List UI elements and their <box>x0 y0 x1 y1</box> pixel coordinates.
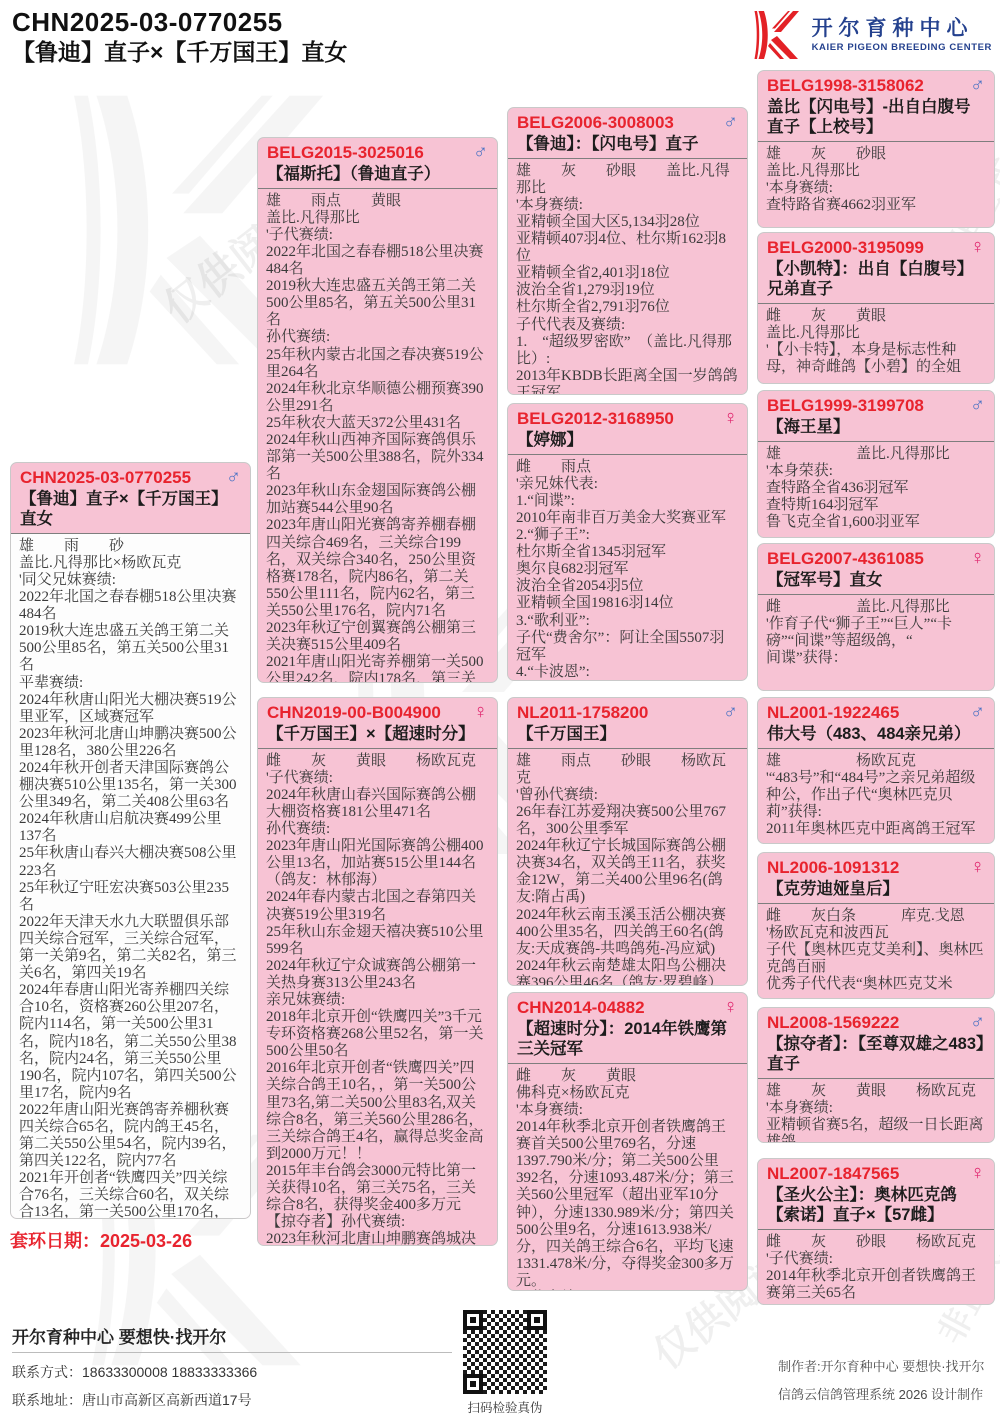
qr-finder-icon <box>463 1310 483 1330</box>
footer-credit-system: 信鸽云信鸽管理系统 2026 设计制作 <box>778 1384 983 1403</box>
card-dam: CHN2019-00-B004900 ♀ 【千万国王】×【超速时分】 雌 灰 黄… <box>257 697 498 1246</box>
pigeon-details: 雄 灰 黄眼 杨欧瓦克 '本身赛绩: 亚精顿省赛5名，超级一日长距离雄鸽 <box>758 1079 994 1142</box>
ring-number: NL2008-1569222 <box>767 1013 899 1033</box>
pigeon-title: 【克劳迪娅皇后】 <box>767 879 985 899</box>
card-ds-dam: NL2006-1091312 ♀ 【克劳迪娅皇后】 雌 灰白条 库克.戈恩 '杨… <box>757 852 995 999</box>
ring-number: CHN2025-03-0770255 <box>20 468 191 488</box>
pigeon-details: 雄 雨 砂 盖比.凡得那比×杨欧瓦克 '同父兄妹赛绩: 2022年北国之春春棚5… <box>11 534 250 1218</box>
male-icon: ♂ <box>723 703 738 721</box>
pigeon-title: 【千万国王】×【超速时分】 <box>267 724 488 744</box>
ring-date-label: 套环日期： <box>10 1231 100 1251</box>
pigeon-details: 雌 灰白条 库克.戈恩 '杨欧瓦克和波西瓦 子代【奥林匹克艾美利】、奥林匹克鸽百… <box>758 904 994 998</box>
qr-finder-icon <box>527 1310 547 1330</box>
ring-number: NL2006-1091312 <box>767 858 899 878</box>
card-sd-sire: BELG1999-3199708 ♂ 【海王星】 雄 盖比.凡得那比 '本身荣获… <box>757 390 995 538</box>
pigeon-details: 雄 雨点 黄眼 盖比.凡得那比 '子代赛绩: 2022年北国之春春棚518公里决… <box>258 189 497 682</box>
pigeon-details: 雄 盖比.凡得那比 '本身荣获: 查特路全省436羽冠军 查特斯164羽冠军 鲁… <box>758 442 994 537</box>
pigeon-title: 盖比【闪电号】-出自白腹号直子【上校号】 <box>767 97 985 137</box>
ring-number: BELG1998-3158062 <box>767 76 924 96</box>
document-header: CHN2025-03-0770255 【鲁迪】直子×【千万国王】直女 <box>12 8 347 66</box>
page-title: 【鲁迪】直子×【千万国王】直女 <box>12 39 347 67</box>
pigeon-details: 雌 灰 砂眼 杨欧瓦克 '子代赛绩: 2014年秋季北京开创者铁鹰鸽王赛第三关6… <box>758 1230 994 1304</box>
pigeon-title: 伟大号（483、484亲兄弟） <box>767 724 985 744</box>
pigeon-title: 【福斯托】（鲁迪直子） <box>267 164 488 184</box>
male-icon: ♂ <box>970 1013 985 1031</box>
card-subject: CHN2025-03-0770255 ♂ 【鲁迪】直子×【千万国王】直女 雄 雨… <box>10 462 251 1219</box>
logo-name-cn: 开尔育种中心 <box>812 17 992 40</box>
ring-number: BELG2007-4361085 <box>767 549 924 569</box>
pigeon-details: 雄 灰 砂眼 盖比.凡得那比 '本身赛绩: 查特路省赛4662羽亚军 <box>758 142 994 227</box>
subject-ring-number: CHN2025-03-0770255 <box>12 8 347 37</box>
male-icon: ♂ <box>723 113 738 131</box>
ring-number: BELG2015-3025016 <box>267 143 424 163</box>
male-icon: ♂ <box>970 76 985 94</box>
pigeon-title: 【小凯特】：出自【白腹号】兄弟直子 <box>767 259 985 299</box>
footer-divider <box>12 1352 452 1353</box>
female-icon: ♀ <box>970 858 985 876</box>
card-sire-sire: BELG2006-3008003 ♂ 【鲁迪】：【闪电号】直子 雄 灰 砂眼 盖… <box>507 107 748 395</box>
kaier-logo: 开尔育种中心 KAIER PIGEON BREEDING CENTER <box>750 10 992 60</box>
card-ss-sire: BELG1998-3158062 ♂ 盖比【闪电号】-出自白腹号直子【上校号】 … <box>757 70 995 228</box>
ring-number: BELG1999-3199708 <box>767 396 924 416</box>
female-icon: ♀ <box>723 409 738 427</box>
pigeon-title: 【千万国王】 <box>517 724 738 744</box>
female-icon: ♀ <box>723 998 738 1016</box>
pigeon-title: 【婷娜】 <box>517 430 738 450</box>
card-dam-dam: CHN2014-04882 ♀ 【超速时分】：2014年铁鹰第三关冠军 雌 灰 … <box>507 992 748 1291</box>
male-icon: ♂ <box>473 143 488 161</box>
female-icon: ♀ <box>970 238 985 256</box>
ring-number: NL2011-1758200 <box>517 703 648 723</box>
card-dd-dam: NL2007-1847565 ♀ 【圣火公主】：奥林匹克鸽【索诺】直子×【57雌… <box>757 1158 995 1305</box>
pigeon-title: 【掠夺者】：【至尊双雄之483】直子 <box>767 1034 985 1074</box>
footer-phone: 联系方式：18633300008 18833333366 <box>12 1362 257 1382</box>
male-icon: ♂ <box>226 468 241 486</box>
pigeon-details: 雌 灰 黄眼 佛科克×杨欧瓦克 '本身赛绩: 2014年秋季北京开创者铁鹰鸽王赛… <box>508 1064 747 1290</box>
footer-credit-maker: 制作者:开尔育种中心 要想快·找开尔 <box>778 1356 985 1375</box>
card-sire-dam: BELG2012-3168950 ♀ 【婷娜】 雌 雨点 '亲兄妹代表: 1.“… <box>507 403 748 681</box>
pigeon-details: 雌 盖比.凡得那比 '作育子代“狮子王”“巨人”“卡磅”“间谍”等超级鸽，“ 间… <box>758 595 994 690</box>
pigeon-details: 雄 雨点 砂眼 杨欧瓦克 '曾孙代赛绩: 26年春江苏爱翔决赛500公里767名… <box>508 749 747 985</box>
footer-address: 联系地址：唐山市高新区高新西道17号 <box>12 1390 252 1410</box>
pigeon-title: 【鲁迪】直子×【千万国王】直女 <box>20 489 241 529</box>
qr-finder-icon <box>463 1374 483 1394</box>
pigeon-title: 【圣火公主】：奥林匹克鸽【索诺】直子×【57雌】 <box>767 1185 985 1225</box>
ring-number: BELG2012-3168950 <box>517 409 674 429</box>
ring-date: 套环日期：2025-03-26 <box>10 1227 192 1253</box>
pigeon-title: 【超速时分】：2014年铁鹰第三关冠军 <box>517 1019 738 1059</box>
pigeon-title: 【冠军号】直女 <box>767 570 985 590</box>
card-sd-dam: BELG2007-4361085 ♀ 【冠军号】直女 雌 盖比.凡得那比 '作育… <box>757 543 995 691</box>
pigeon-title: 【鲁迪】：【闪电号】直子 <box>517 134 738 154</box>
pigeon-details: 雌 灰 黄眼 杨欧瓦克 '子代赛绩: 2024年秋唐山春兴国际赛鸽公棚大棚资格赛… <box>258 749 497 1245</box>
ring-number: NL2001-1922465 <box>767 703 899 723</box>
card-dam-sire: NL2011-1758200 ♂ 【千万国王】 雄 雨点 砂眼 杨欧瓦克 '曾孙… <box>507 697 748 986</box>
male-icon: ♂ <box>970 396 985 414</box>
qr-code <box>463 1310 547 1394</box>
pigeon-details: 雌 灰 黄眼 盖比.凡得那比 '【小卡特】，本身是标志性种母，神奇雌鸽【小碧】的… <box>758 304 994 383</box>
qr-caption: 扫码检验真伪 <box>463 1398 547 1414</box>
card-sire: BELG2015-3025016 ♂ 【福斯托】（鲁迪直子） 雄 雨点 黄眼 盖… <box>257 137 498 683</box>
card-dd-sire: NL2008-1569222 ♂ 【掠夺者】：【至尊双雄之483】直子 雄 灰 … <box>757 1007 995 1143</box>
ring-number: BELG2006-3008003 <box>517 113 674 133</box>
ring-number: BELG2000-3195099 <box>767 238 924 258</box>
female-icon: ♀ <box>970 549 985 567</box>
card-ss-dam: BELG2000-3195099 ♀ 【小凯特】：出自【白腹号】兄弟直子 雌 灰… <box>757 232 995 384</box>
logo-name-en: KAIER PIGEON BREEDING CENTER <box>812 42 992 53</box>
pigeon-details: 雄 杨欧瓦克 '“483号”和“484号”之亲兄弟超级种公，作出子代“奥林匹克贝… <box>758 749 994 843</box>
ring-date-value: 2025-03-26 <box>100 1231 192 1251</box>
pigeon-details: 雄 灰 砂眼 盖比.凡得那比 '本身赛绩: 亚精顿全国大区5,134羽28位 亚… <box>508 159 747 394</box>
female-icon: ♀ <box>473 703 488 721</box>
footer-brand: 开尔育种中心 要想快·找开尔 <box>12 1323 226 1348</box>
kaier-logo-icon <box>750 10 804 60</box>
ring-number: NL2007-1847565 <box>767 1164 899 1184</box>
ring-number: CHN2019-00-B004900 <box>267 703 441 723</box>
female-icon: ♀ <box>970 1164 985 1182</box>
pigeon-title: 【海王星】 <box>767 417 985 437</box>
card-ds-sire: NL2001-1922465 ♂ 伟大号（483、484亲兄弟） 雄 杨欧瓦克 … <box>757 697 995 844</box>
ring-number: CHN2014-04882 <box>517 998 645 1018</box>
pedigree-certificate-page: 仅供阅读 仅供阅读 仅供阅读 仅供阅读 非正式 非正式 CHN2025-03-0… <box>0 0 1000 1414</box>
male-icon: ♂ <box>970 703 985 721</box>
pigeon-details: 雌 雨点 '亲兄妹代表: 1.“间谍”: 2010年南非百万美金大奖赛亚军 2.… <box>508 455 747 680</box>
